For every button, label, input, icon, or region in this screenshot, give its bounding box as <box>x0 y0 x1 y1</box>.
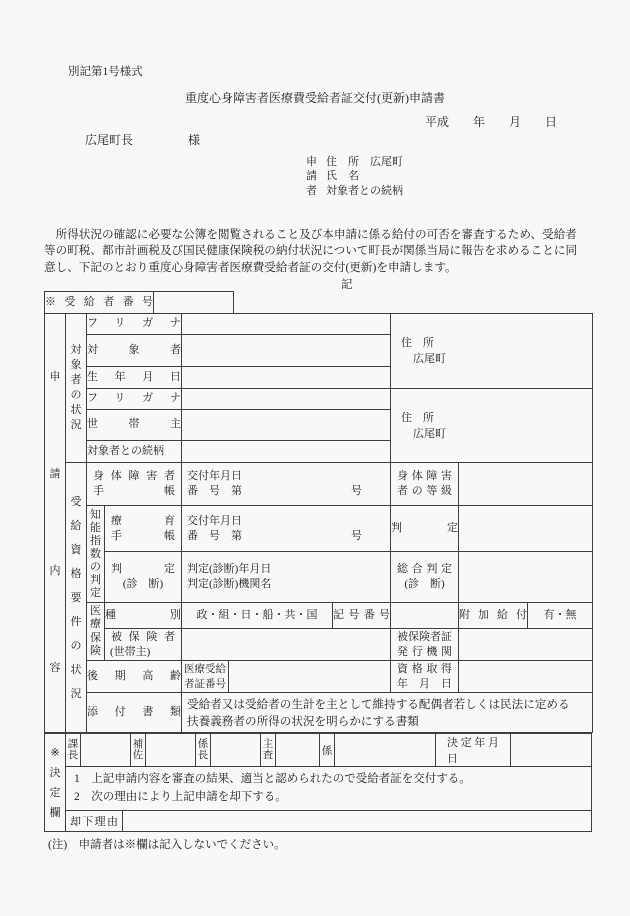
medical-certificate-number-label: 医療受給 者証番号 <box>182 661 229 693</box>
footer-note: (注) 申請者は※欄は記入しないでください。 <box>48 836 286 852</box>
target-furigana-field[interactable] <box>182 314 391 335</box>
insured-person-field[interactable] <box>182 629 391 661</box>
diagnosis-label: 判定 (診 断) <box>105 552 182 603</box>
clerk-stamp-box[interactable] <box>335 734 436 766</box>
subsection-chief-label: 係長 <box>196 734 210 766</box>
late-elderly-label: 後期高齢 <box>87 661 182 693</box>
attached-documents-label: 添付書類 <box>87 693 182 733</box>
clerk-label: 係 <box>320 734 334 766</box>
chief-examiner-stamp-box[interactable] <box>276 734 320 766</box>
householder-name-field[interactable] <box>182 410 391 441</box>
target-address-label: 住 所 <box>401 335 592 351</box>
rehab-book-field[interactable]: 交付年月日 番 号 第号 <box>182 506 391 552</box>
form-code: 別記第1号様式 <box>68 63 143 79</box>
medical-certificate-number-field[interactable] <box>229 661 391 693</box>
householder-address-label: 住 所 <box>401 410 592 426</box>
recipient-number-label: ※受給者番号 <box>45 292 154 314</box>
decision-statements: 1 上記申請内容を審査の結果、適当と認められたので受給者証を交付する。 2 次の… <box>66 767 591 811</box>
target-address-cell[interactable]: 住 所 広尾町 <box>391 314 593 389</box>
decision-statement-2: 2 次の理由により上記申請を却下する。 <box>74 788 591 806</box>
physical-disability-grade-field[interactable] <box>459 463 593 506</box>
decision-statement-1: 1 上記申請内容を審査の結果、適当と認められたので受給者証を交付する。 <box>74 770 591 788</box>
rejection-reason-label: 却下理由 <box>66 811 123 831</box>
form-title: 重度心身障害者医療費受給者証交付(更新)申請書 <box>0 89 630 106</box>
assistant-stamp-box[interactable] <box>146 734 196 766</box>
addressee-line: 広尾町長 様 <box>85 131 200 148</box>
overall-judgement-field[interactable] <box>459 552 593 603</box>
section-chief-stamp-box[interactable] <box>81 734 131 766</box>
decision-date-field[interactable] <box>511 734 591 766</box>
recipient-number-box: ※受給者番号 <box>44 291 234 314</box>
householder-furigana-field[interactable] <box>182 389 391 410</box>
insurance-type-options[interactable]: 政・組・日・船・共・国 <box>182 603 333 629</box>
chief-examiner-label: 主査 <box>261 734 275 766</box>
body-paragraph: 所得状況の確認に必要な公簿を閲覧されること及び本申請に係る給付の可否を審査するた… <box>44 227 592 276</box>
attached-documents-text: 受給者又は受給者の生計を主として維持する配偶者若しくは民法に定める 扶養義務者の… <box>182 693 593 733</box>
body-line-1: 所得状況の確認に必要な公簿を閲覧されること及び本申請に係る給付の可否を審査するた… <box>44 227 592 243</box>
relation-label: 対象者との続柄 <box>87 441 182 463</box>
qualification-date-field[interactable] <box>459 661 593 693</box>
applicant-address-line: 住 所 広尾町 <box>326 155 403 169</box>
qualification-date-label: 資格取得 年月日 <box>391 661 459 693</box>
additional-benefit-label: 附加給付 <box>459 603 528 629</box>
col-label-application-content: 申請内容 <box>45 315 65 732</box>
col-label-decision: ※決定欄 <box>45 734 65 831</box>
overall-judgement-label: 総合判定 (診 断) <box>391 552 459 603</box>
approval-stamp-row: 課長 補佐 係長 主査 係 決定年月日 <box>66 734 591 767</box>
addressee: 広尾町長 <box>85 131 133 148</box>
furigana-label-1: フリガナ <box>87 314 182 335</box>
body-line-3: 意し、下記のとおり重度心身障害者医療費受給者証の交付(更新)を申請します。 <box>44 260 592 276</box>
decision-date-label: 決定年月日 <box>436 734 511 766</box>
rejection-reason-field[interactable] <box>123 811 591 831</box>
applicant-relation-line: 対象者との続柄 <box>326 184 403 198</box>
householder-address-cell[interactable]: 住 所 広尾町 <box>391 389 593 463</box>
recipient-number-field[interactable] <box>154 292 234 314</box>
target-address-value: 広尾町 <box>401 351 592 367</box>
diagnosis-field[interactable]: 判定(診断)年月日 判定(診断)機関名 <box>182 552 391 603</box>
physical-disability-book-field[interactable]: 交付年月日 番 号 第号 <box>182 463 391 506</box>
form-page: 別記第1号様式 重度心身障害者医療費受給者証交付(更新)申請書 平成 年 月 日… <box>0 0 630 916</box>
body-line-2: 等の町税、都市計画税及び国民健康保険税の納付状況について町長が関係当局に報告を求… <box>44 243 592 259</box>
birth-date-label: 生年月日 <box>87 367 182 389</box>
relation-field[interactable] <box>182 441 391 463</box>
judgement-field[interactable] <box>459 506 593 552</box>
application-table: 申請内容 対象者の状況 フリガナ 住 所 広尾町 対象者 生年月日 フリガナ <box>44 313 593 733</box>
target-label: 対象者 <box>87 335 182 367</box>
col-label-eligibility-status: 受給資格要件の状況 <box>66 464 86 732</box>
date-line: 平成 年 月 日 <box>425 113 557 130</box>
applicant-name-line: 氏 名 <box>326 169 403 183</box>
assistant-label: 補佐 <box>131 734 145 766</box>
section-chief-label: 課長 <box>66 734 80 766</box>
physical-disability-grade-label: 身体障害 者の等級 <box>391 463 459 506</box>
addressee-honorific: 様 <box>188 131 200 148</box>
birth-date-field[interactable] <box>182 367 391 389</box>
col-label-medical-insurance: 医療保険 <box>87 604 104 660</box>
decision-section: ※決定欄 課長 補佐 係長 主査 係 決定年月日 1 上記申請内容を審査の結果、… <box>44 732 592 832</box>
insurer-card-issuer-label: 被保険者証 発行機関 <box>391 629 459 661</box>
subsection-chief-stamp-box[interactable] <box>211 734 261 766</box>
col-label-iq-judgement: 知能指数の判定 <box>87 507 104 602</box>
symbol-number-field[interactable] <box>391 603 459 629</box>
rehab-book-label: 療育 手帳 <box>105 506 182 552</box>
householder-address-value: 広尾町 <box>401 426 592 442</box>
physical-disability-book-label: 身体障害者 手帳 <box>87 463 182 506</box>
insured-person-label: 被保険者 (世帯主) <box>105 629 182 661</box>
insurance-type-label: 種別 <box>105 603 182 629</box>
ki-label: 記 <box>341 276 353 292</box>
symbol-number-label: 記号番号 <box>333 603 391 629</box>
additional-benefit-options[interactable]: 有・無 <box>528 603 593 629</box>
furigana-label-2: フリガナ <box>87 389 182 410</box>
judgement-label: 判定 <box>391 506 459 552</box>
target-name-field[interactable] <box>182 335 391 367</box>
householder-label: 世帯主 <box>87 410 182 441</box>
col-label-target-status: 対象者の状況 <box>66 315 86 462</box>
insurer-card-issuer-field[interactable] <box>459 629 593 661</box>
applicant-block: 申請者 住 所 広尾町 氏 名 対象者との続柄 <box>306 155 403 198</box>
applicant-vertical-label: 申請者 <box>306 155 317 198</box>
